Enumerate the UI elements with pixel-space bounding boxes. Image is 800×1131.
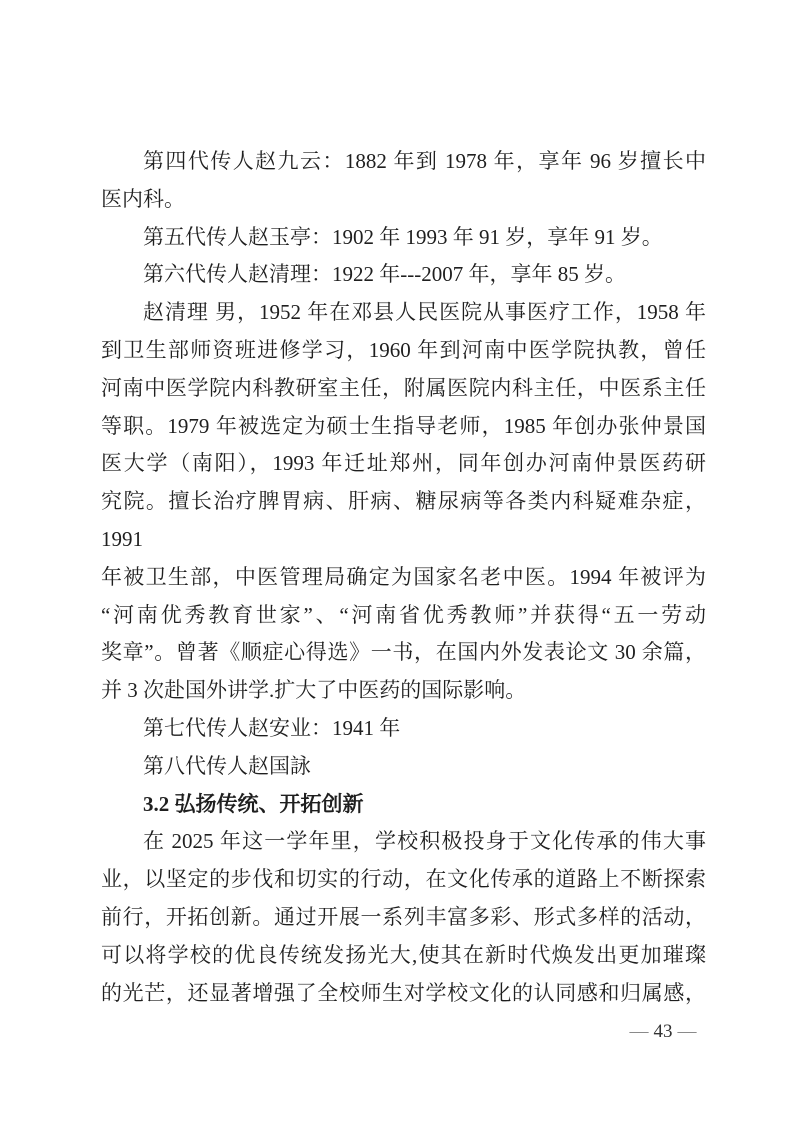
doc-line-para2-5: 的光芒，还显著增强了全校师生对学校文化的认同感和归属感， [101,975,706,1013]
doc-line-para2-3: 前行，开拓创新。通过开展一系列丰富多彩、形式多样的活动， [101,899,706,937]
doc-line-bio-2: 到卫生部师资班进修学习，1960 年到河南中医学院执教，曾任 [101,332,706,370]
doc-line-para2-1: 在 2025 年这一学年里，学校积极投身于文化传承的伟大事 [101,823,706,861]
doc-line-generation4-cont: 医内科。 [101,181,706,219]
footer-dash-right: — [673,1021,702,1042]
doc-line-bio-8: “河南优秀教育世家”、“河南省优秀教师”并获得“五一劳动 [101,597,706,635]
document-body: 第四代传人赵九云：1882 年到 1978 年，享年 96 岁擅长中 医内科。 … [101,143,706,1012]
doc-line-bio-4: 等职。1979 年被选定为硕士生指导老师，1985 年创办张仲景国 [101,408,706,446]
section-heading-3-2: 3.2 弘扬传统、开拓创新 [101,786,706,824]
doc-line-bio-1: 赵清理 男，1952 年在邓县人民医院从事医疗工作，1958 年 [101,294,706,332]
doc-line-generation4: 第四代传人赵九云：1882 年到 1978 年，享年 96 岁擅长中 [101,143,706,181]
doc-line-generation8: 第八代传人赵国詠 [101,748,706,786]
doc-line-bio-5: 医大学（南阳），1993 年迁址郑州，同年创办河南仲景医药研 [101,445,706,483]
document-page: 第四代传人赵九云：1882 年到 1978 年，享年 96 岁擅长中 医内科。 … [0,0,800,1131]
doc-line-bio-6: 究院。擅长治疗脾胃病、肝病、糖尿病等各类内科疑难杂症，1991 [101,483,706,559]
doc-line-bio-3: 河南中医学院内科教研室主任，附属医院内科主任，中医系主任 [101,370,706,408]
doc-line-generation6: 第六代传人赵清理：1922 年---2007 年，享年 85 岁。 [101,256,706,294]
doc-line-generation7: 第七代传人赵安业：1941 年 [101,710,706,748]
doc-line-bio-9: 奖章”。曾著《顺症心得选》一书，在国内外发表论文 30 余篇， [101,634,706,672]
page-number: 43 [654,1021,673,1042]
doc-line-generation5: 第五代传人赵玉亭：1902 年 1993 年 91 岁，享年 91 岁。 [101,219,706,257]
page-footer: —43— [598,1020,728,1044]
doc-line-bio-10: 并 3 次赴国外讲学.扩大了中医药的国际影响。 [101,672,706,710]
doc-line-para2-4: 可以将学校的优良传统发扬光大,使其在新时代焕发出更加璀璨 [101,937,706,975]
doc-line-bio-7: 年被卫生部，中医管理局确定为国家名老中医。1994 年被评为 [101,559,706,597]
footer-dash-left: — [625,1021,654,1042]
doc-line-para2-2: 业，以坚定的步伐和切实的行动，在文化传承的道路上不断探索 [101,861,706,899]
